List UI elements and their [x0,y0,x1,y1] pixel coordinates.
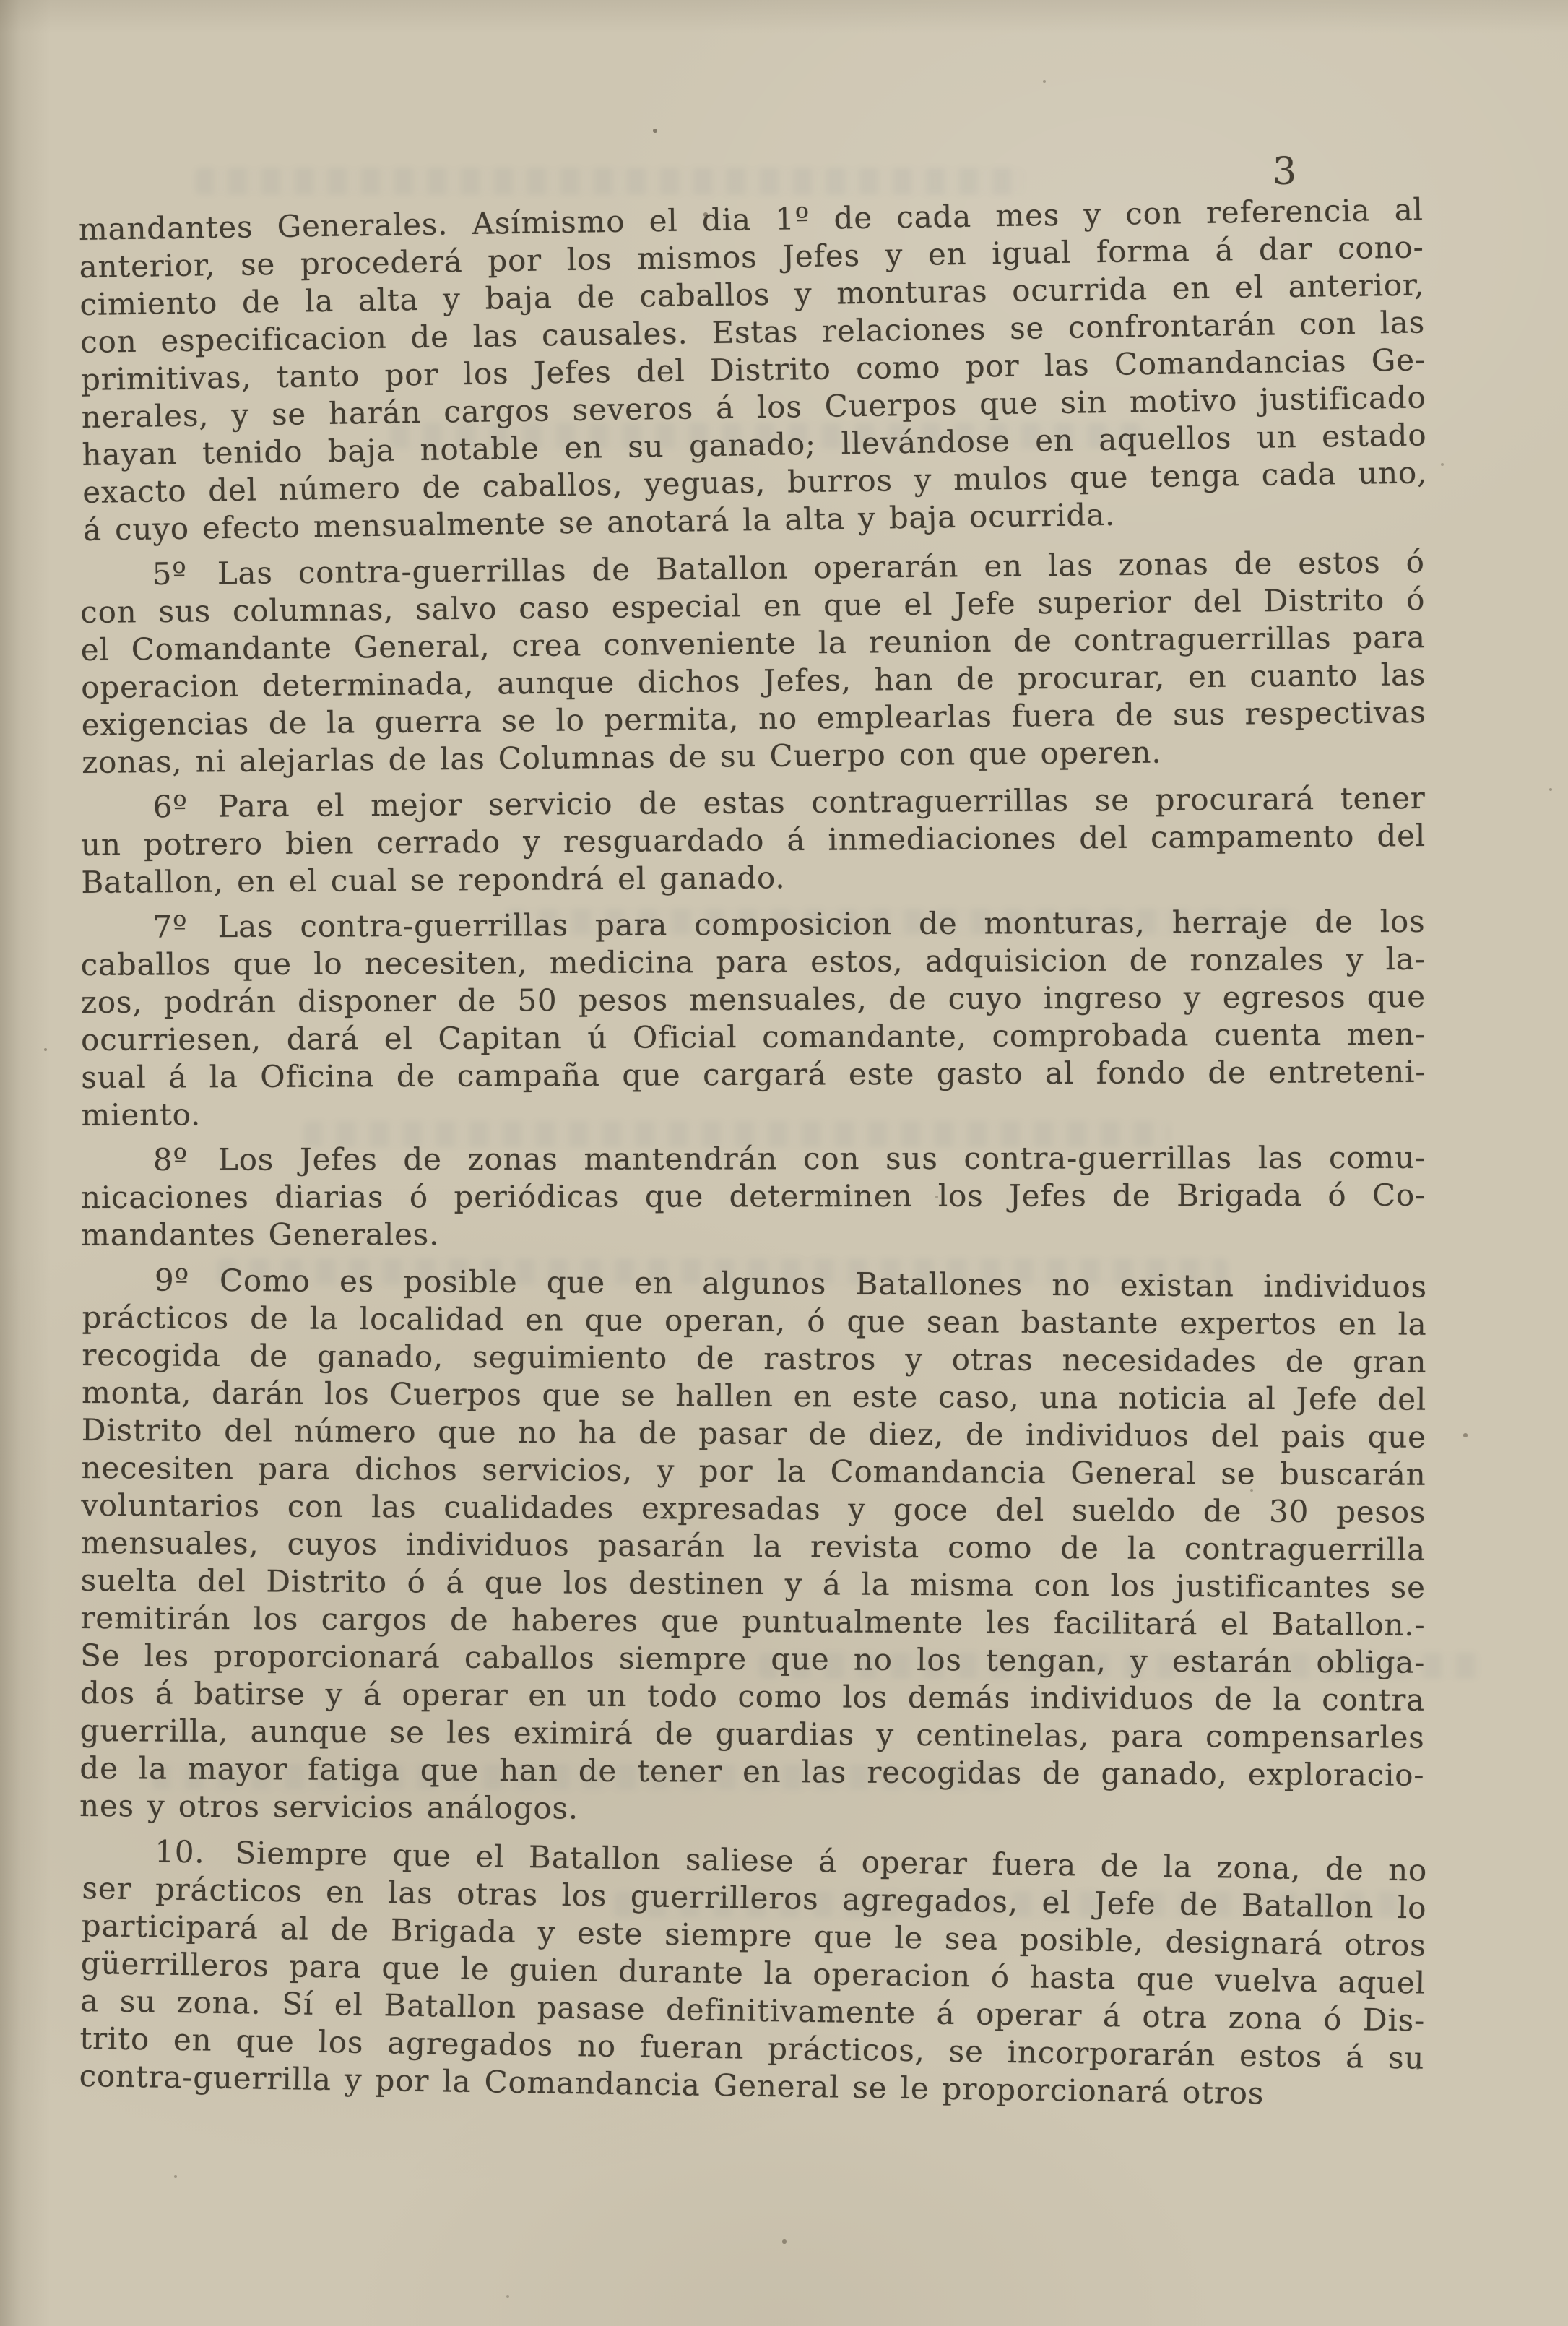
article-number: 8º [153,1142,188,1177]
article-number: 9º [155,1263,189,1298]
text-line: sual á la Oficina de campaña que cargará… [81,1053,1426,1097]
bleed-through-ghost [195,168,1026,195]
text-line: 8ºLos Jefes de zonas mantendrán con sus … [81,1139,1426,1179]
page-number: 3 [1273,150,1297,194]
paragraph-8: 8ºLos Jefes de zonas mantendrán con sus … [81,1139,1426,1254]
text-line: nes y otros servicios análogos. [79,1787,1424,1832]
scan-edge-shadow [0,0,51,2326]
page-text: mandantes Generales. Asímismo el dia 1º … [81,211,1426,2102]
paragraph-6: 6ºPara el mejor servicio de estas contra… [80,779,1426,902]
paragraph-9: 9ºComo es posible que en algunos Batallo… [79,1261,1427,1832]
text-line: zos, podrán disponer de 50 pesos mensual… [81,978,1426,1021]
paragraph-7: 7ºLas contra-guerrillas para composicion… [80,903,1426,1134]
article-number: 5º [152,556,188,592]
paper-specks [0,0,1,1]
paragraph-10: 10.Siempre que el Batallon saliese á ope… [79,1832,1427,2115]
text-line: nicaciones diarias ó periódicas que dete… [81,1177,1426,1216]
scan-top-shadow [0,0,1568,33]
text-line: 7ºLas contra-guerrillas para composicion… [80,903,1425,946]
text-line: ocurriesen, dará el Capitan ú Oficial co… [81,1016,1426,1059]
text-line: miento. [81,1091,1426,1134]
article-number: 7º [152,909,187,944]
article-number: 10. [155,1834,205,1870]
text-line: mandantes Generales. [81,1214,1426,1254]
text-line: caballos que lo necesiten, medicina para… [81,941,1426,984]
paragraph-continuation: mandantes Generales. Asímismo el dia 1º … [79,191,1429,549]
paragraph-5: 5ºLas contra-guerrillas de Batallon oper… [80,543,1427,782]
scanned-document-page: { "colors": { "paper": "#cec6b2", "ink":… [0,0,1568,2326]
article-number: 6º [152,789,187,824]
